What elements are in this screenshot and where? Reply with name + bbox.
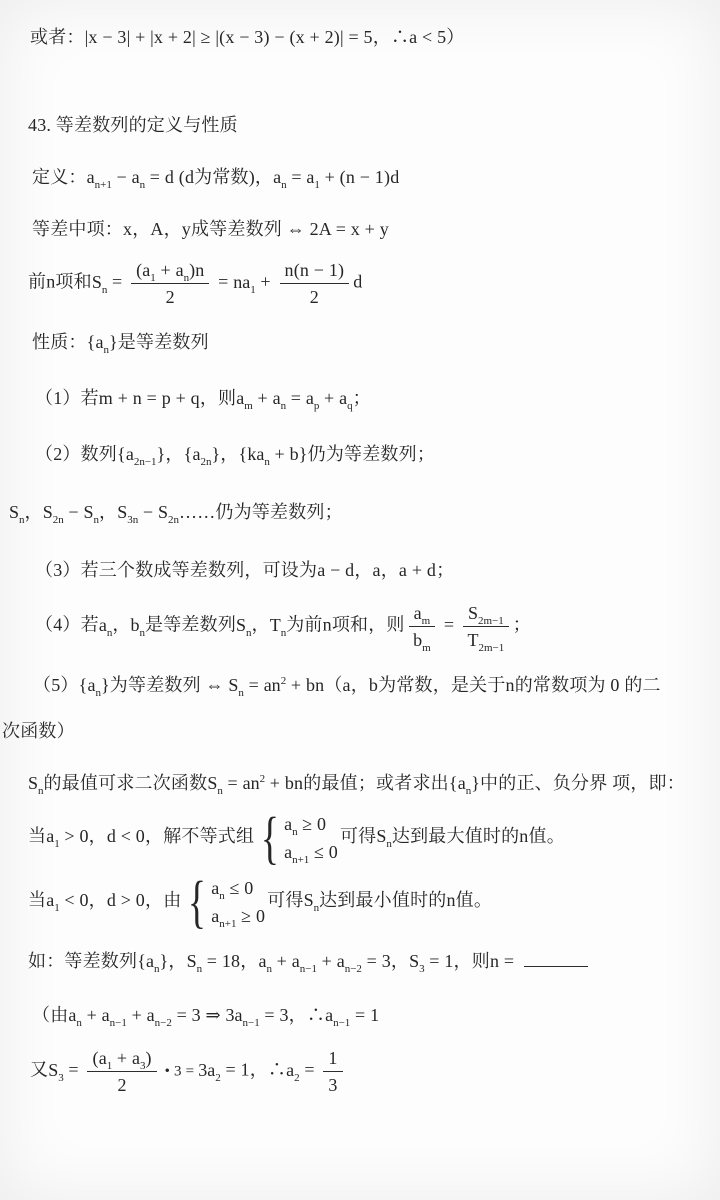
math-base: S: [228, 675, 238, 695]
math-sub-term: aq: [339, 388, 353, 408]
math-text: • 3 =: [161, 1064, 199, 1080]
math-subscript: m: [244, 400, 253, 412]
math-base: S: [48, 1060, 58, 1080]
math-sub-term: an: [273, 167, 287, 187]
math-text: }中的正、负分界 项，即：: [471, 773, 685, 793]
math-base: S: [9, 502, 19, 522]
math-sub-term: Sn: [92, 272, 108, 292]
fraction-numerator: S2m−1: [463, 601, 509, 627]
math-text: 可得: [267, 890, 303, 910]
math-text: 的最值可求二次函数: [44, 773, 208, 793]
math-text: 次函数）: [2, 721, 75, 741]
math-subscript: 2n−1: [134, 456, 157, 468]
math-sub-term: 3a2: [198, 1060, 221, 1080]
math-sub-term: a1: [46, 890, 60, 910]
math-text: +: [82, 1005, 102, 1025]
math-sub-term: bm: [413, 630, 431, 650]
math-text: 是等差数列: [145, 615, 236, 635]
math-base: a: [284, 842, 292, 862]
fraction-numerator: am: [409, 601, 436, 627]
math-base: an: [243, 773, 260, 793]
math-text: 可得: [340, 826, 376, 846]
math-text: +: [127, 1005, 147, 1025]
math-text: 2: [310, 287, 319, 307]
math-text: ≥ 0: [298, 814, 327, 834]
math-text: −: [112, 167, 132, 187]
math-subscript: n−2: [345, 963, 362, 975]
math-sub-term: am: [236, 388, 253, 408]
example-step2-line: 又S3 = (a1 + a3)2 • 3 = 3a2 = 1，∴a2 = 13: [30, 1046, 720, 1097]
fraction-denominator: 3: [323, 1072, 342, 1097]
math-base: ka: [247, 444, 264, 464]
math-base: b: [413, 630, 422, 650]
math-text: ，: [112, 615, 130, 635]
cases-row: an+1 ≥ 0: [211, 902, 265, 930]
math-text: + bn的最值；或者求出{: [265, 773, 458, 793]
fraction-numerator: n(n − 1): [280, 258, 350, 284]
math-base: S: [236, 615, 246, 635]
math-text: }是等差数列: [109, 332, 209, 352]
math-text: ): [145, 1048, 151, 1068]
property-4-line: （4）若an，bn是等差数列Sn，Tn为前n项和，则ambm = S2m−1T2…: [35, 601, 720, 652]
fraction-numerator: (a1 + an)n: [131, 258, 209, 284]
property-intro-line: 性质：{an}是等差数列: [32, 327, 720, 357]
math-text: = 18，: [202, 951, 258, 971]
math-sub-term: 3an−1: [226, 1005, 260, 1025]
math-subscript: 2n: [53, 514, 64, 526]
math-sub-term: an: [273, 388, 287, 408]
math-base: S: [28, 773, 38, 793]
math-base: a: [339, 388, 347, 408]
fraction: 13: [323, 1046, 342, 1097]
cases-row: an+1 ≤ 0: [284, 838, 338, 866]
math-base: a: [458, 773, 466, 793]
math-sub-term: a2: [286, 1060, 300, 1080]
math-base: a: [102, 1005, 110, 1025]
example-step1-line: （由an + an−1 + an−2 = 3 ⇒ 3an−1 = 3，∴an−1…: [32, 1000, 720, 1030]
math-base: S: [409, 951, 419, 971]
math-text: =: [439, 615, 459, 635]
math-text: |x − 3| + |x + 2| ≥ |(x − 3) − (x + 2)| …: [85, 27, 391, 47]
math-base: a: [414, 603, 422, 623]
math-sub-term: an: [258, 951, 272, 971]
property-2-sums-line: Sn，S2n − Sn，S3n − S2n……仍为等差数列；: [9, 497, 720, 527]
fraction: ambm: [409, 601, 436, 652]
math-subscript: 2m−1: [478, 615, 504, 627]
math-base: a: [99, 615, 107, 635]
abs-inequality-line: 或者：|x − 3| + |x + 2| ≥ |(x − 3) − (x + 2…: [30, 22, 720, 52]
math-text: =: [287, 167, 307, 187]
property-2-line: （2）数列{a2n−1}，{a2n}，{kan + b}仍为等差数列；: [35, 439, 720, 469]
math-sub-term: an: [68, 1005, 82, 1025]
math-text: + bn（a，b为常数，是关于n的常数项为 0 的二: [286, 675, 661, 695]
fraction-numerator: 1: [323, 1046, 342, 1072]
math-subscript: 2n: [168, 514, 179, 526]
math-text: ，: [25, 502, 43, 522]
math-base: a: [46, 890, 54, 910]
math-base: S: [92, 272, 102, 292]
math-base: S: [43, 502, 53, 522]
math-base: a: [147, 1005, 155, 1025]
fraction-denominator: 2: [87, 1072, 156, 1097]
math-base: S: [304, 890, 314, 910]
math-subscript: m: [422, 615, 431, 627]
document-page: 或者：|x − 3| + |x + 2| ≥ |(x − 3) − (x + 2…: [0, 0, 720, 1200]
math-base: S: [207, 773, 217, 793]
math-text: 2: [166, 287, 175, 307]
math-base: S: [117, 502, 127, 522]
math-text: =: [64, 1060, 84, 1080]
math-base: a: [46, 826, 54, 846]
math-sub-term: Sn: [28, 773, 44, 793]
math-base: T: [270, 615, 281, 635]
math-sub-term: Sn: [9, 502, 25, 522]
math-subscript: n+1: [219, 918, 236, 930]
math-text: = 1: [350, 1005, 379, 1025]
math-sub-term: T2m−1: [467, 630, 504, 650]
sn-extremum-line: Sn的最值可求二次函数Sn = an2 + bn的最值；或者求出{an}中的正、…: [28, 768, 720, 798]
math-text: （2）数列{: [35, 444, 126, 464]
property-5-cont-line: 次函数）: [2, 716, 720, 746]
math-sub-term: S3n: [117, 502, 138, 522]
math-sub-term: an−1: [292, 951, 317, 971]
max-case-line: 当a1 > 0，d < 0，解不等式组{an ≥ 0an+1 ≤ 0可得Sn达到…: [28, 810, 720, 866]
math-text: =: [300, 1060, 320, 1080]
math-sub-term: a1: [142, 260, 156, 280]
math-text: =: [223, 773, 243, 793]
math-sub-term: an: [87, 675, 101, 695]
math-subscript: 2m−1: [478, 642, 504, 654]
property-3-line: （3）若三个数成等差数列，可设为a − d，a，a + d；: [35, 555, 720, 585]
math-subscript: 2n: [200, 456, 211, 468]
math-sub-term: an+1: [284, 842, 309, 862]
math-sub-term: Sn: [84, 502, 100, 522]
math-text: 或者：: [30, 27, 85, 47]
math-text: 为前n项和，则: [286, 615, 404, 635]
math-text: ，: [252, 615, 270, 635]
fraction: S2m−1T2m−1: [463, 601, 509, 652]
math-text: > 0，d < 0，解不等式组: [60, 826, 255, 846]
math-base: a: [273, 388, 281, 408]
math-base: S: [84, 502, 94, 522]
math-subscript: n+1: [292, 854, 309, 866]
math-text: ……仍为等差数列；: [179, 502, 343, 522]
math-text: )n: [189, 260, 204, 280]
math-text: 又: [30, 1060, 48, 1080]
cases-row: an ≤ 0: [211, 874, 265, 902]
property-5-line: （5）{an}为等差数列 ⇔ Sn = an2 + bn（a，b为常数，是关于n…: [33, 670, 720, 700]
math-text: ≥ 0: [236, 906, 265, 926]
math-text: （5）{: [33, 675, 87, 695]
math-text: n(n − 1): [285, 260, 345, 280]
math-base: a: [325, 1005, 333, 1025]
math-base: S: [158, 502, 168, 522]
math-text: +: [112, 1048, 132, 1068]
fraction-denominator: 2: [131, 284, 209, 309]
math-text: }，{: [157, 444, 193, 464]
math-sub-term: an: [99, 615, 113, 635]
math-base: a: [306, 388, 314, 408]
math-sub-term: S3: [409, 951, 425, 971]
cases-row: an ≥ 0: [284, 810, 338, 838]
inequality-system: {an ≤ 0an+1 ≥ 0: [183, 874, 265, 930]
math-base: a: [99, 1048, 107, 1068]
math-sub-term: an−2: [337, 951, 362, 971]
math-text: （由: [32, 1005, 68, 1025]
math-sub-term: Sn: [207, 773, 223, 793]
math-text: = 3 ⇒: [172, 1005, 226, 1025]
math-text: −: [138, 502, 158, 522]
math-sub-term: an+1: [211, 906, 236, 926]
math-text: =: [107, 272, 127, 292]
math-text: = 1，则n =: [425, 951, 519, 971]
math-text: = d (d为常数)，: [145, 167, 273, 187]
math-base: a: [286, 1060, 294, 1080]
left-brace: {: [188, 876, 206, 928]
math-sub-term: Sn: [228, 675, 244, 695]
math-sub-term: ap: [306, 388, 320, 408]
math-sub-term: a3: [132, 1048, 146, 1068]
math-sub-term: an: [95, 332, 109, 352]
math-sup-term: an2: [264, 675, 287, 695]
example-line: 如：等差数列{an}，Sn = 18，an + an−1 + an−2 = 3，…: [28, 946, 720, 976]
math-text: 达到最大值时的n值。: [392, 826, 565, 846]
math-base: a: [132, 1048, 140, 1068]
fraction: (a1 + an)n2: [131, 258, 209, 309]
math-sub-term: an−2: [147, 1005, 172, 1025]
fraction: n(n − 1)2: [280, 258, 350, 309]
math-text: 3: [328, 1075, 337, 1095]
math-text: ，: [99, 502, 117, 522]
math-subscript: n−1: [300, 963, 317, 975]
property-1-line: （1）若m + n = p + q，则am + an = ap + aq；: [35, 383, 720, 413]
math-sub-term: an: [458, 773, 472, 793]
math-sub-term: an−1: [325, 1005, 350, 1025]
definition-line: 定义：an+1 − an = d (d为常数)，an = a1 + (n − 1…: [32, 162, 720, 192]
math-text: }为等差数列 ⇔: [101, 675, 228, 695]
math-text: （4）若: [35, 615, 99, 635]
math-text: ≤ 0: [309, 842, 338, 862]
fraction-numerator: (a1 + a3): [87, 1046, 156, 1072]
math-sub-term: Sn: [187, 951, 203, 971]
math-base: b: [131, 615, 140, 635]
math-sub-term: S2n: [43, 502, 64, 522]
math-sub-term: S3: [48, 1060, 64, 1080]
math-text: ∴a < 5）: [391, 27, 465, 47]
fraction-denominator: 2: [280, 284, 350, 309]
math-text: （3）若三个数成等差数列，可设为a − d，a，a + d；: [35, 560, 454, 580]
math-text: 达到最小值时的n值。: [319, 890, 492, 910]
math-sub-term: S2n: [158, 502, 179, 522]
math-text: }，{: [211, 444, 247, 464]
math-sub-term: an: [176, 260, 190, 280]
math-sub-term: S2m−1: [468, 603, 504, 623]
fraction-denominator: T2m−1: [463, 627, 509, 652]
sum-formula-line: 前n项和Sn = (a1 + an)n2 = na1 + n(n − 1)2d: [28, 258, 720, 309]
math-text: = 3，∴: [260, 1005, 325, 1025]
math-subscript: 3n: [127, 514, 138, 526]
math-text: +: [272, 951, 292, 971]
math-base: a: [176, 260, 184, 280]
math-base: 3a: [198, 1060, 215, 1080]
math-base: S: [376, 826, 386, 846]
math-text: +: [319, 388, 339, 408]
math-text: 当: [28, 826, 46, 846]
math-text: 2: [117, 1075, 126, 1095]
math-sub-term: Tn: [270, 615, 287, 635]
math-text: }，: [160, 951, 187, 971]
math-subscript: n−2: [155, 1017, 172, 1029]
math-sub-term: an: [284, 814, 298, 834]
inequality-system: {an ≥ 0an+1 ≤ 0: [256, 810, 338, 866]
math-text: 如：等差数列{: [28, 951, 146, 971]
math-base: a: [337, 951, 345, 971]
math-subscript: n+1: [95, 179, 112, 191]
math-base: T: [467, 630, 478, 650]
math-text: 性质：{: [32, 332, 95, 352]
math-text: +: [317, 951, 337, 971]
cases-column: an ≥ 0an+1 ≤ 0: [284, 810, 338, 866]
math-text: −: [64, 502, 84, 522]
math-base: S: [468, 603, 478, 623]
math-subscript: n−1: [333, 1017, 350, 1029]
math-sub-term: a1: [306, 167, 320, 187]
math-sub-term: Sn: [236, 615, 252, 635]
math-sub-term: an−1: [102, 1005, 127, 1025]
math-base: a: [273, 167, 281, 187]
math-sub-term: am: [414, 603, 431, 623]
math-text: +: [256, 272, 276, 292]
math-text: 等差中项：x，A，y成等差数列 ⇔ 2A = x + y: [32, 219, 389, 239]
math-sub-term: an+1: [87, 167, 112, 187]
math-sub-term: an: [146, 951, 160, 971]
left-brace: {: [261, 812, 279, 864]
math-sub-term: a2n: [192, 444, 211, 464]
math-base: 3a: [226, 1005, 243, 1025]
math-base: a: [146, 951, 154, 971]
math-text: =: [286, 388, 306, 408]
section-heading: 43. 等差数列的定义与性质: [28, 110, 720, 140]
math-text: = 1，∴: [221, 1060, 286, 1080]
min-case-line: 当a1 < 0，d > 0，由{an ≤ 0an+1 ≥ 0可得Sn达到最小值时…: [28, 874, 720, 930]
math-text: ≤ 0: [225, 878, 254, 898]
math-subscript: n−1: [110, 1017, 127, 1029]
math-base: a: [284, 814, 292, 834]
fraction: (a1 + a3)2: [87, 1046, 156, 1097]
math-text: 前n项和: [28, 272, 92, 292]
math-text: （1）若m + n = p + q，则: [35, 388, 236, 408]
cases-column: an ≤ 0an+1 ≥ 0: [211, 874, 265, 930]
math-sub-term: na1: [233, 272, 256, 292]
math-base: S: [187, 951, 197, 971]
math-text: 当: [28, 890, 46, 910]
math-base: a: [292, 951, 300, 971]
math-base: na: [233, 272, 250, 292]
math-sub-term: bn: [131, 615, 146, 635]
math-sub-term: a1: [46, 826, 60, 846]
math-sub-term: kan: [247, 444, 270, 464]
math-text: ；: [513, 615, 531, 635]
math-base: a: [87, 167, 95, 187]
math-subscript: m: [422, 642, 431, 654]
math-text: ；: [353, 388, 371, 408]
math-text: 1: [328, 1048, 337, 1068]
math-base: a: [126, 444, 134, 464]
math-text: = 3，: [362, 951, 409, 971]
math-text: d: [353, 272, 362, 292]
middle-term-line: 等差中项：x，A，y成等差数列 ⇔ 2A = x + y: [32, 214, 720, 244]
math-base: a: [132, 167, 140, 187]
math-text: < 0，d > 0，由: [60, 890, 182, 910]
math-text: =: [244, 675, 264, 695]
answer-blank: [524, 964, 588, 967]
math-sub-term: an: [132, 167, 146, 187]
fraction-denominator: bm: [409, 627, 436, 652]
math-text: =: [213, 272, 233, 292]
math-text: 定义：: [32, 167, 87, 187]
math-subscript: n−1: [243, 1017, 260, 1029]
math-sub-term: a1: [99, 1048, 113, 1068]
math-base: an: [264, 675, 281, 695]
math-sub-term: Sn: [376, 826, 392, 846]
math-sub-term: Sn: [304, 890, 320, 910]
math-text: +: [253, 388, 273, 408]
math-text: + (n − 1)d: [320, 167, 400, 187]
math-sub-term: an: [211, 878, 225, 898]
math-text: +: [156, 260, 176, 280]
math-sup-term: an2: [243, 773, 266, 793]
math-text: + b}仍为等差数列；: [270, 444, 435, 464]
math-sub-term: a2n−1: [126, 444, 157, 464]
math-text: 43. 等差数列的定义与性质: [28, 115, 238, 135]
